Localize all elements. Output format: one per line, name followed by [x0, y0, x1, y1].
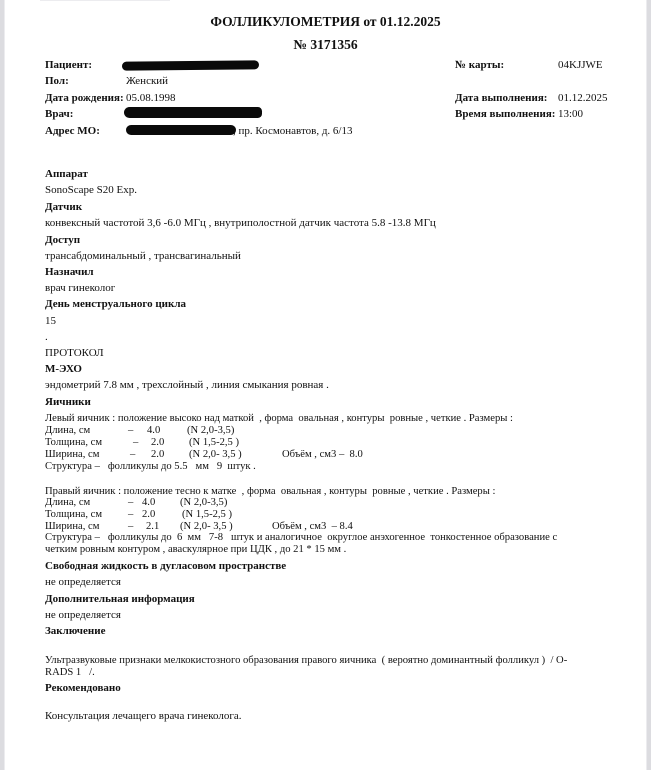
measurement-name: Длина, см	[45, 497, 90, 508]
address-redaction	[126, 125, 236, 135]
measurement-extra: Объём , см3 – 8.0	[282, 449, 363, 460]
m-echo-heading: М-ЭХО	[45, 363, 82, 375]
measurement-dash: –	[130, 449, 135, 460]
exam-date-value: 01.12.2025	[558, 92, 608, 104]
exam-time-value: 13:00	[558, 108, 583, 120]
free-fluid-heading: Свободная жидкость в дугласовом простран…	[45, 560, 286, 572]
conclusion-heading: Заключение	[45, 625, 105, 637]
card-value: 04KJJWE	[558, 59, 603, 71]
conclusion-line2: RADS 1 /.	[45, 667, 95, 679]
measurement-norm: (N 1,5-2,5 )	[182, 509, 232, 520]
access-text: трансабдоминальный , трансвагинальный	[45, 250, 241, 262]
measurement-extra: Объём , см3 – 8.4	[272, 521, 353, 532]
protocol-label: ПРОТОКОЛ	[45, 347, 104, 359]
ovaries-heading: Яичники	[45, 396, 91, 408]
referred-heading: Назначил	[45, 266, 94, 278]
measurement-dash: –	[128, 425, 133, 436]
measurement-value: 2.0	[151, 449, 164, 460]
measurement-norm: (N 1,5-2,5 )	[189, 437, 239, 448]
measurement-value: 4.0	[147, 425, 160, 436]
document-title: ФОЛЛИКУЛОМЕТРИЯ от 01.12.2025	[0, 14, 651, 30]
conclusion-line1: Ультразвуковые признаки мелкокистозного …	[45, 655, 567, 667]
sex-value: Женский	[126, 75, 168, 87]
measurement-value: 2.0	[151, 437, 164, 448]
measurement-dash: –	[128, 521, 133, 532]
page-border-top	[40, 0, 170, 1]
probe-text: конвексный частотой 3,6 -6.0 МГц , внутр…	[45, 217, 436, 229]
sex-label: Пол:	[45, 75, 69, 87]
device-heading: Аппарат	[45, 168, 88, 180]
address-label: Адрес МО:	[45, 125, 100, 137]
measurement-value: 4.0	[142, 497, 155, 508]
card-label: № карты:	[455, 59, 504, 71]
measurement-norm: (N 2,0- 3,5 )	[180, 521, 233, 532]
recommendation-heading: Рекомендовано	[45, 682, 121, 694]
left-ovary-structure: Структура – фолликулы до 5.5 мм 9 штук .	[45, 461, 256, 473]
document-number: № 3171356	[0, 37, 651, 53]
right-ovary-intro: Правый яичник : положение тесно к матке …	[45, 486, 495, 498]
exam-date-label: Дата выполнения:	[455, 92, 547, 104]
measurement-norm: (N 2,0-3,5)	[187, 425, 234, 436]
measurement-name: Длина, см	[45, 425, 90, 436]
additional-info-text: не определяется	[45, 609, 121, 621]
patient-label: Пациент:	[45, 59, 92, 71]
patient-redaction	[122, 60, 259, 70]
doctor-redaction	[124, 107, 262, 118]
referred-text: врач гинеколог	[45, 282, 115, 294]
measurement-name: Толщина, см	[45, 509, 102, 520]
right-ovary-structure-line2: четким ровным контуром , аваскулярное пр…	[45, 544, 346, 556]
free-fluid-text: не определяется	[45, 576, 121, 588]
measurement-norm: (N 2,0-3,5)	[180, 497, 227, 508]
measurement-dash: –	[133, 437, 138, 448]
measurement-dash: –	[128, 497, 133, 508]
m-echo-text: эндометрий 7.8 мм , трехслойный , линия …	[45, 379, 329, 391]
additional-info-heading: Дополнительная информация	[45, 593, 195, 605]
measurement-dash: –	[128, 509, 133, 520]
measurement-name: Толщина, см	[45, 437, 102, 448]
dob-value: 05.08.1998	[126, 92, 176, 104]
probe-heading: Датчик	[45, 201, 82, 213]
cycle-day-heading: День менструального цикла	[45, 298, 186, 310]
device-text: SonoScape S20 Exp.	[45, 184, 137, 196]
address-value: , пр. Космонавтов, д. 6/13	[233, 125, 353, 137]
cycle-day-text: 15	[45, 315, 56, 327]
measurement-value: 2.0	[142, 509, 155, 520]
exam-time-label: Время выполнения:	[455, 108, 555, 120]
page-border-right	[647, 0, 651, 770]
measurement-name: Ширина, см	[45, 449, 99, 460]
doctor-label: Врач:	[45, 108, 73, 120]
left-ovary-intro: Левый яичник : положение высоко над матк…	[45, 413, 513, 425]
measurement-name: Ширина, см	[45, 521, 99, 532]
separator-dot: .	[45, 331, 48, 343]
right-ovary-structure-line1: Структура – фолликулы до 6 мм 7-8 штук и…	[45, 532, 557, 544]
dob-label: Дата рождения:	[45, 92, 124, 104]
page-border-right-inner	[646, 0, 647, 770]
measurement-value: 2.1	[146, 521, 159, 532]
access-heading: Доступ	[45, 234, 80, 246]
measurement-norm: (N 2,0- 3,5 )	[189, 449, 242, 460]
page-border-left-inner	[4, 0, 5, 770]
recommendation-text: Консультация лечащего врача гинеколога.	[45, 710, 242, 722]
